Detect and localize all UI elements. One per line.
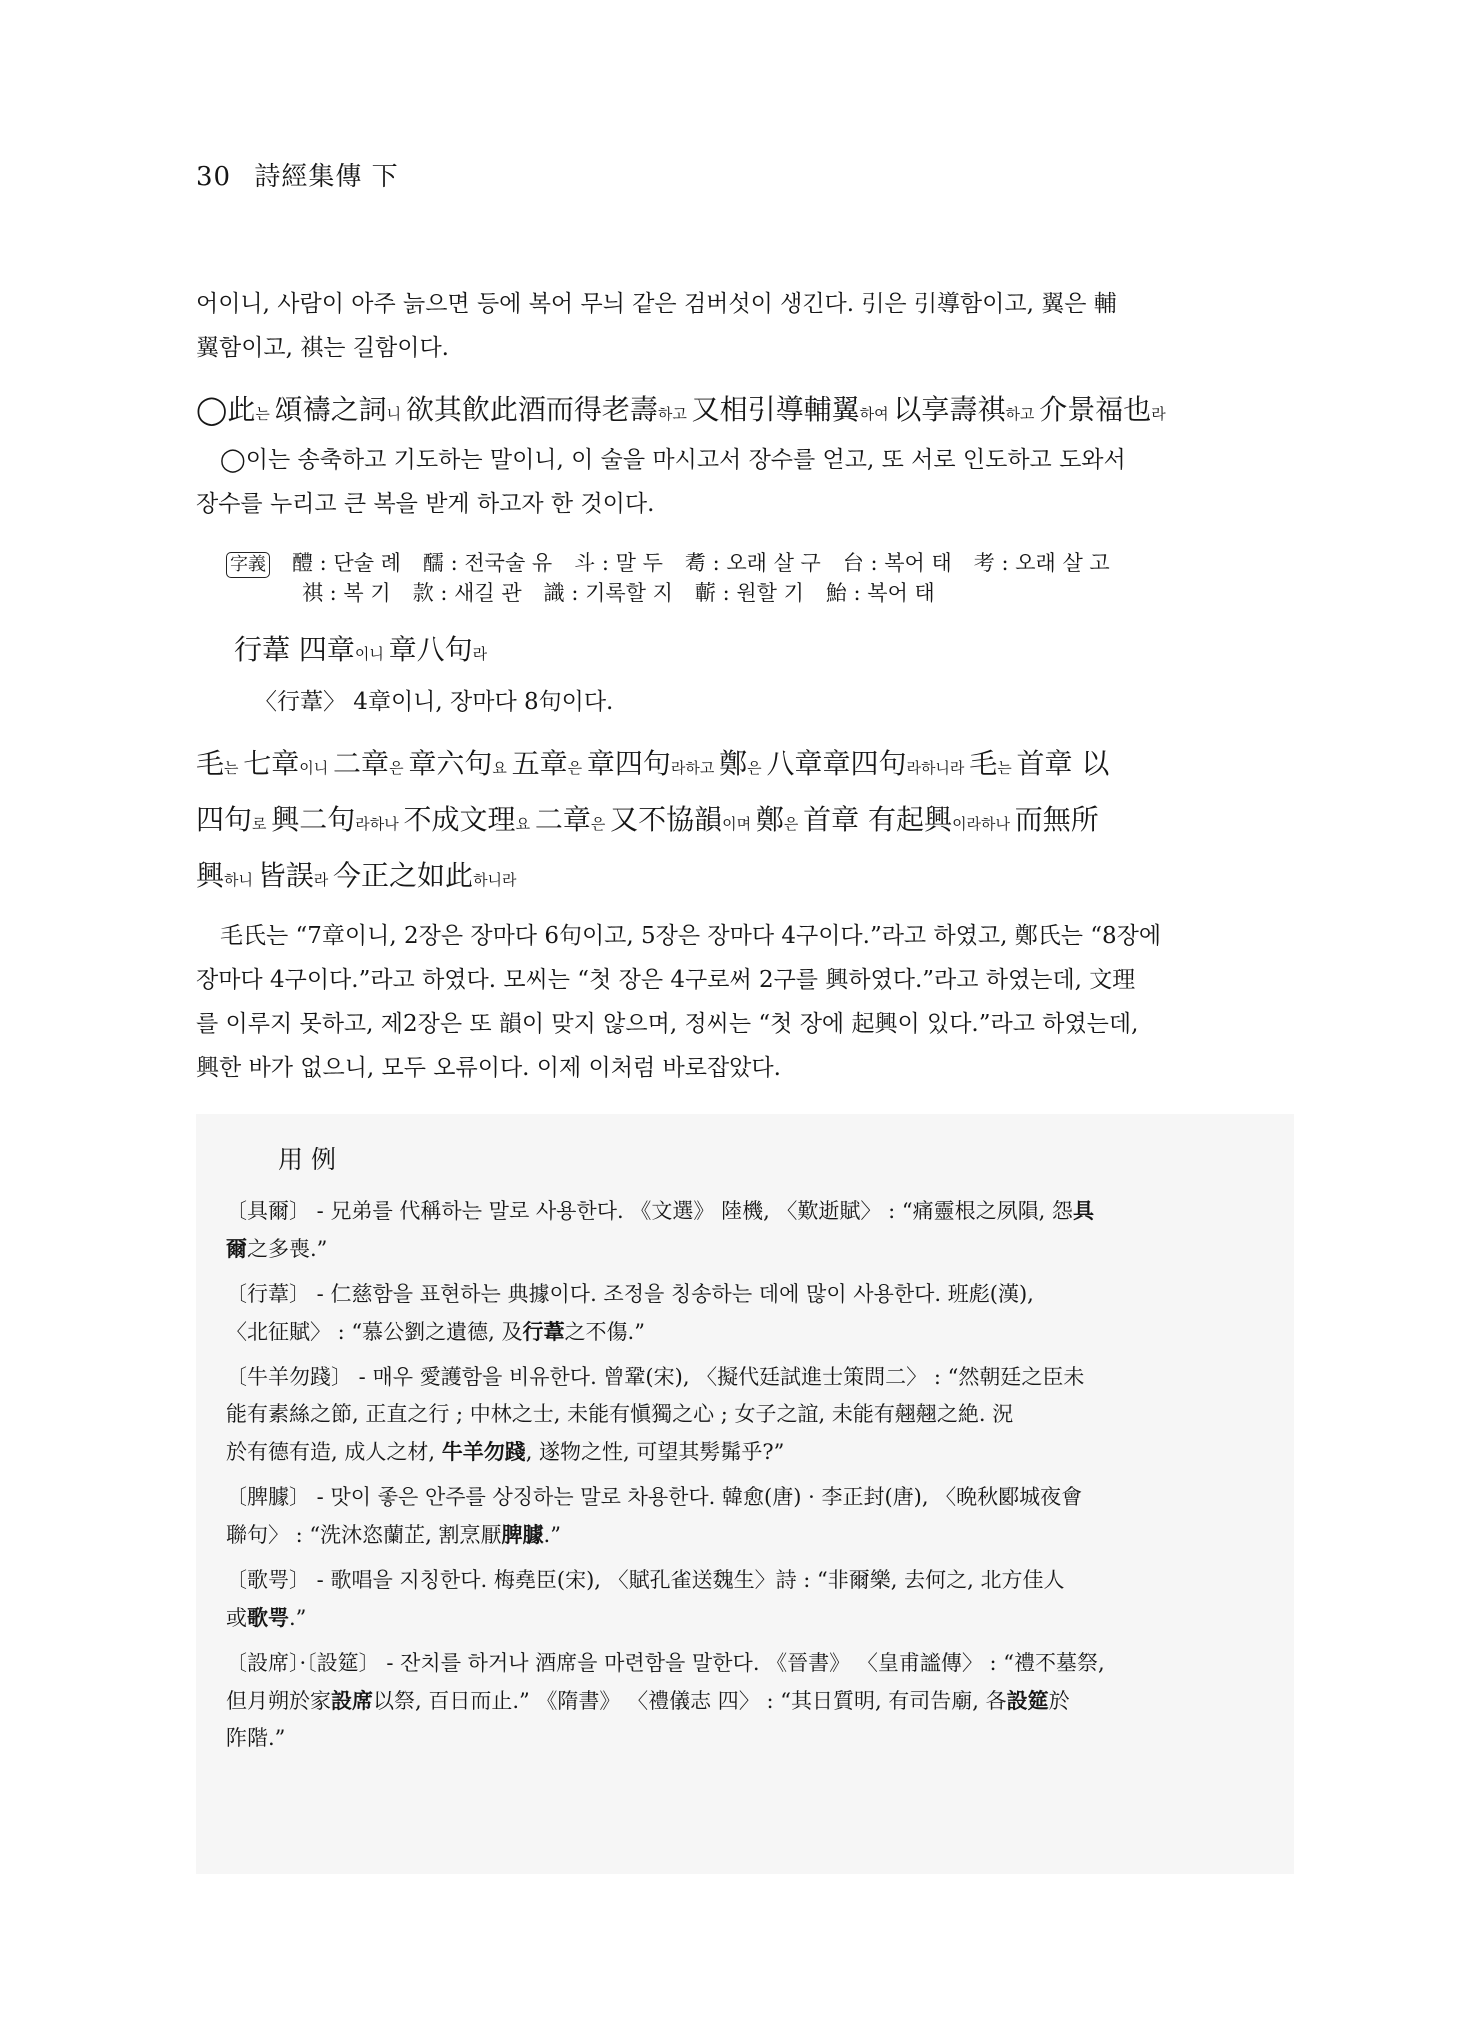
usage-item: 〔脾臄〕 - 맛이 좋은 안주를 상징하는 말로 차용한다. 韓愈(唐) · 李… — [226, 1479, 1266, 1554]
glossary-row: 字義醴 : 단술 례醹 : 전국술 유斗 : 말 두耈 : 오래 살 구台 : … — [226, 548, 1132, 578]
gloss-paragraph: 어이니, 사람이 아주 늙으면 등에 복어 무늬 같은 검버섯이 생긴다. 引은… — [196, 282, 1294, 370]
glossary-entry: 斗 : 말 두 — [574, 551, 663, 575]
running-header: 30 詩經集傳 下 — [196, 156, 399, 193]
glossary-entries: 醴 : 단술 례醹 : 전국술 유斗 : 말 두耈 : 오래 살 구台 : 복어… — [292, 551, 1132, 575]
glossary-entry: 識 : 기록할 지 — [544, 581, 673, 605]
text-line: ◯이는 송축하고 기도하는 말이니, 이 술을 마시고서 장수를 얻고, 또 서… — [220, 438, 1294, 482]
usage-item: 〔具爾〕 - 兄弟를 代稱하는 말로 사용한다. 《文選》 陸機, 〈歎逝賦〉 … — [226, 1192, 1266, 1268]
note-original-line: 四句로 興二句라하나 不成文理요 二章은 又不協韻이며 鄭은 首章 有起興이라하… — [196, 794, 1294, 850]
glossary-entry: 款 : 새길 관 — [413, 581, 522, 605]
commentary-translation-cont: 장수를 누리고 큰 복을 받게 하고자 한 것이다. — [196, 482, 1294, 526]
note-original-line: 興하니 皆誤라 今正之如此하니라 — [196, 850, 1294, 906]
glossary-entries: 祺 : 복 기款 : 새길 관識 : 기록할 지蘄 : 원할 기鮐 : 복어 태 — [302, 581, 957, 605]
text-line: 翼함이고, 祺는 길함이다. — [196, 326, 1294, 370]
usage-examples-box: 用例 〔具爾〕 - 兄弟를 代稱하는 말로 사용한다. 《文選》 陸機, 〈歎逝… — [196, 1114, 1294, 1874]
glossary-entry: 鮐 : 복어 태 — [826, 581, 935, 605]
usage-item: 〔設席〕·〔設筵〕 - 잔치를 하거나 酒席을 마련함을 말한다. 《晉書》 〈… — [226, 1645, 1266, 1757]
glossary-row: 祺 : 복 기款 : 새길 관識 : 기록할 지蘄 : 원할 기鮐 : 복어 태 — [226, 578, 1132, 608]
usage-list: 〔具爾〕 - 兄弟를 代稱하는 말로 사용한다. 《文選》 陸機, 〈歎逝賦〉 … — [226, 1192, 1266, 1765]
usage-item: 〔行葦〕 - 仁慈함을 표현하는 典據이다. 조정을 칭송하는 데에 많이 사용… — [226, 1276, 1266, 1351]
usage-item: 〔歌咢〕 - 歌唱을 지칭한다. 梅堯臣(宋), 〈賦孔雀送魏生〉詩 : “非爾… — [226, 1562, 1266, 1637]
glossary-entry: 祺 : 복 기 — [302, 581, 391, 605]
text-line: 어이니, 사람이 아주 늙으면 등에 복어 무늬 같은 검버섯이 생긴다. 引은… — [196, 282, 1294, 326]
glossary-entry: 蘄 : 원할 기 — [695, 581, 804, 605]
glossary-entry: 醴 : 단술 례 — [292, 551, 401, 575]
commentary-original: ◯此는 頌禱之詞니 欲其飮此酒而得老壽하고 又相引導輔翼하여 以享壽祺하고 介景… — [196, 384, 1294, 440]
note-translation: 毛氏는 “7章이니, 2장은 장마다 6句이고, 5장은 장마다 4구이다.”라… — [196, 914, 1294, 1090]
page-number: 30 — [196, 162, 231, 192]
glossary-entry: 考 : 오래 살 고 — [974, 551, 1110, 575]
book-title: 詩經集傳 下 — [254, 162, 398, 192]
glossary-entry: 台 : 복어 태 — [843, 551, 952, 575]
chapter-summary-original: 行葦 四章이니 章八句라 — [234, 624, 1332, 680]
glossary-badge: 字義 — [226, 552, 270, 578]
text-line: 장수를 누리고 큰 복을 받게 하고자 한 것이다. — [196, 482, 1294, 526]
chapter-summary: 行葦 四章이니 章八句라 〈行葦〉 4章이니, 장마다 8句이다. — [234, 624, 1332, 724]
glossary-entry: 耈 : 오래 살 구 — [685, 551, 821, 575]
chapter-summary-translation: 〈行葦〉 4章이니, 장마다 8句이다. — [234, 680, 1332, 724]
commentary-translation: ◯이는 송축하고 기도하는 말이니, 이 술을 마시고서 장수를 얻고, 또 서… — [196, 438, 1294, 482]
chapter-note: 毛는 七章이니 二章은 章六句요 五章은 章四句라하고 鄭은 八章章四句라하니라… — [196, 738, 1294, 1090]
usage-item: 〔牛羊勿踐〕 - 매우 愛護함을 비유한다. 曾鞏(宋), 〈擬代廷試進士策問二… — [226, 1359, 1266, 1471]
commentary-section: ◯此는 頌禱之詞니 欲其飮此酒而得老壽하고 又相引導輔翼하여 以享壽祺하고 介景… — [196, 384, 1294, 526]
usage-title: 用例 — [278, 1140, 344, 1176]
note-original-line: 毛는 七章이니 二章은 章六句요 五章은 章四句라하고 鄭은 八章章四句라하니라… — [196, 738, 1294, 794]
character-glossary: 字義醴 : 단술 례醹 : 전국술 유斗 : 말 두耈 : 오래 살 구台 : … — [226, 548, 1132, 608]
glossary-entry: 醹 : 전국술 유 — [423, 551, 552, 575]
